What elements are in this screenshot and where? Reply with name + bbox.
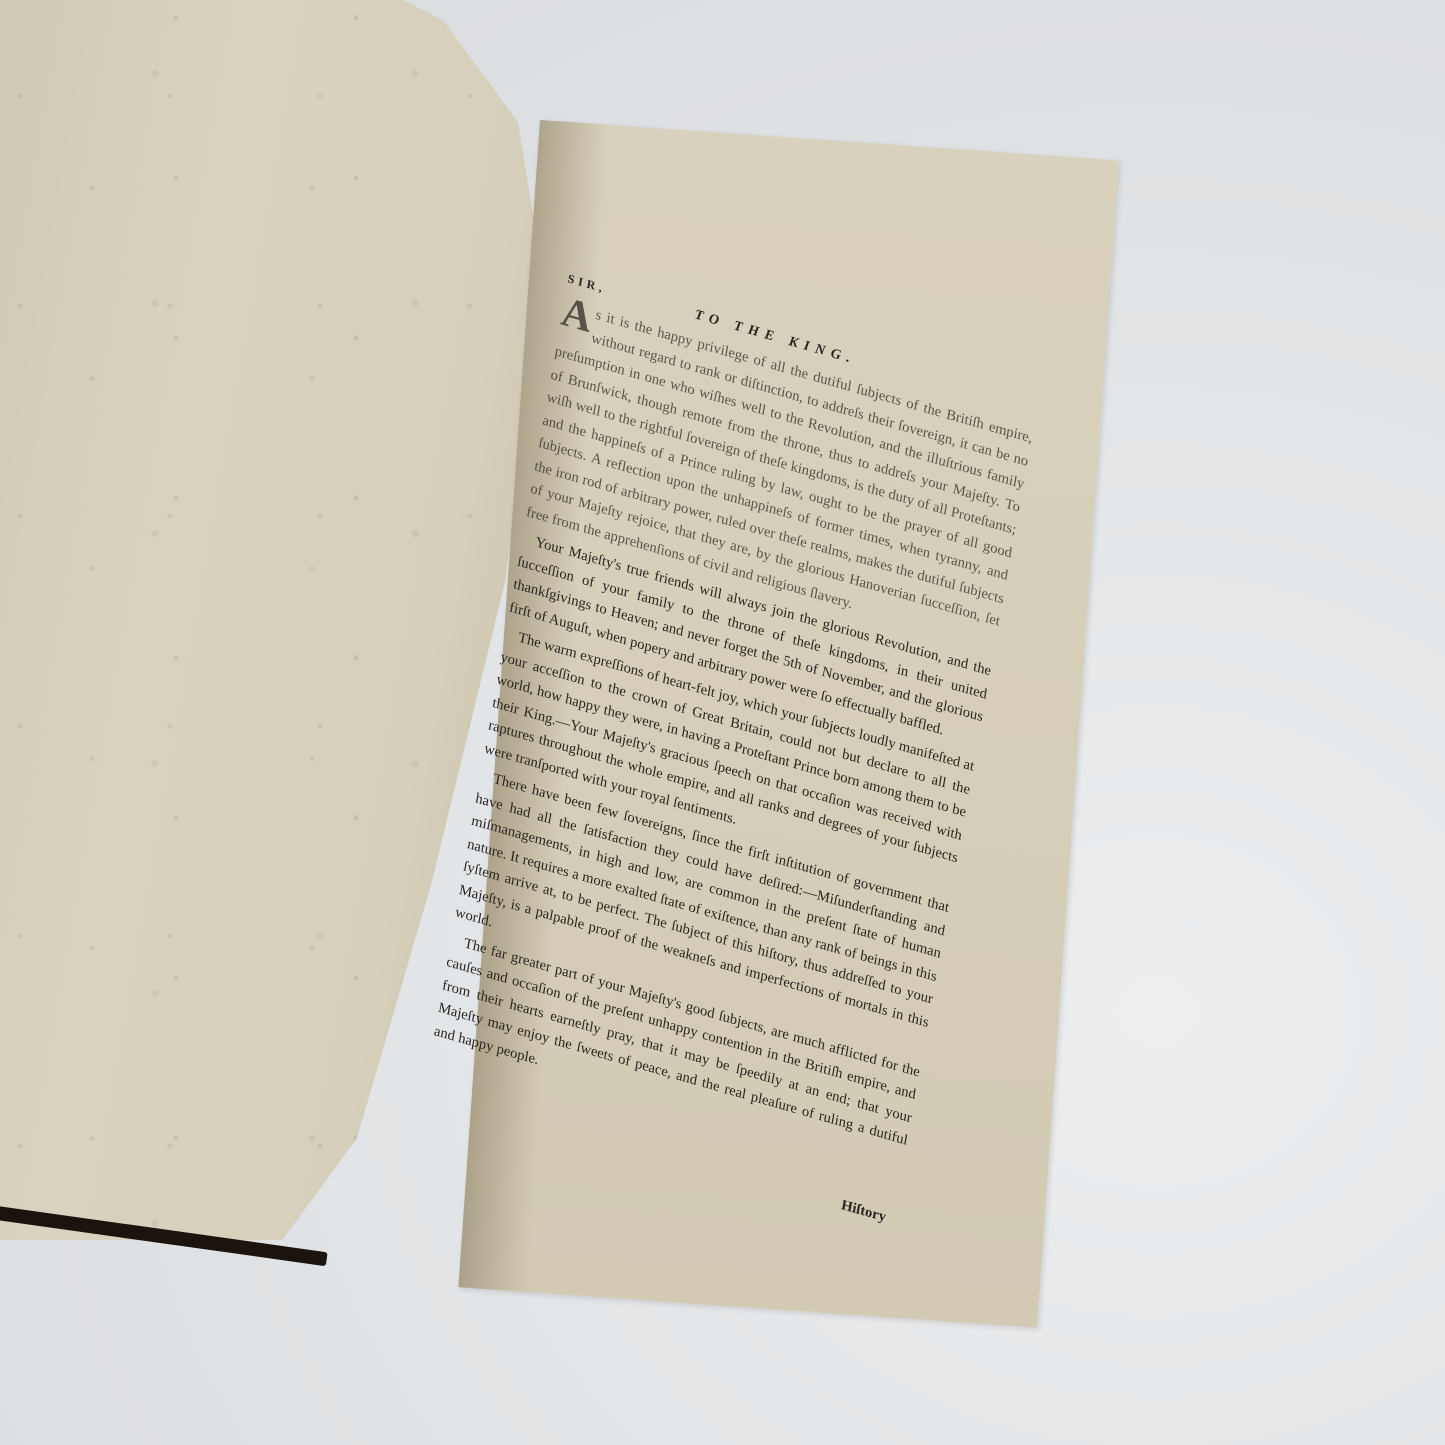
book-photo: Sir, To the King. As it is the happy pri… xyxy=(0,0,1445,1445)
right-page: Sir, To the King. As it is the happy pri… xyxy=(458,120,1118,1328)
